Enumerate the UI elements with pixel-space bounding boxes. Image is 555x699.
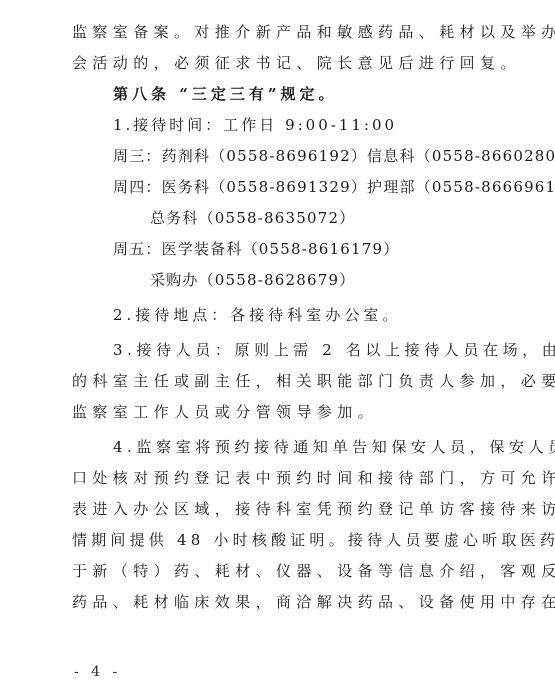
paragraph-line: 情期间提供 48 小时核酸证明。接待人员要虚心听取医药代表关 [72,530,555,550]
paragraph-line: 于新（特）药、耗材、仪器、设备等信息介绍，客观反馈使用 [72,561,555,581]
paragraph-line: 3.接待人员：原则上需 2 名以上接待人员在场，由所涉及 [113,340,555,360]
paragraph-line: 会活动的，必须征求书记、院长意见后进行回复。 [72,53,521,73]
paragraph-line: 药品、耗材临床效果，商洽解决药品、设备使用中存在的问题。 [72,592,555,612]
paragraph-line: 2.接待地点：各接待科室办公室。 [113,305,401,325]
paragraph-line: 4.监察室将预约接待通知单告知保安人员，保安人员在入 [113,437,555,457]
paragraph-line: 监察室备案。对推介新产品和敏感药品、耗材以及举办协会学 [72,22,555,42]
page-number: - 4 - [74,664,121,680]
paragraph-line: 口处核对预约登记表中预约时间和接待部门，方可允许医药代 [72,468,555,488]
paragraph-line: 监察室工作人员或分管领导参加。 [72,402,378,422]
paragraph-line: 表进入办公区域，接待科室凭预约登记单访客接待来访者，疫 [72,499,555,519]
paragraph-line: 1.接待时间：工作日 9:00-11:00 [113,115,397,135]
article-heading: 第八条 “三定三有”规定。 [113,84,337,104]
schedule-line: 周三：药剂科（0558-8696192）信息科（0558-8660280） [113,146,555,166]
paragraph-line: 的科室主任或副主任，相关职能部门负责人参加，必要时需有 [72,371,555,391]
schedule-line: 周四：医务科（0558-8691329）护理部（0558-8666961） [113,177,555,197]
schedule-line: 采购办（0558-8628679） [150,270,355,290]
schedule-line: 周五：医学装备科（0558-8616179） [113,239,399,259]
schedule-line: 总务科（0558-8635072） [150,208,355,228]
